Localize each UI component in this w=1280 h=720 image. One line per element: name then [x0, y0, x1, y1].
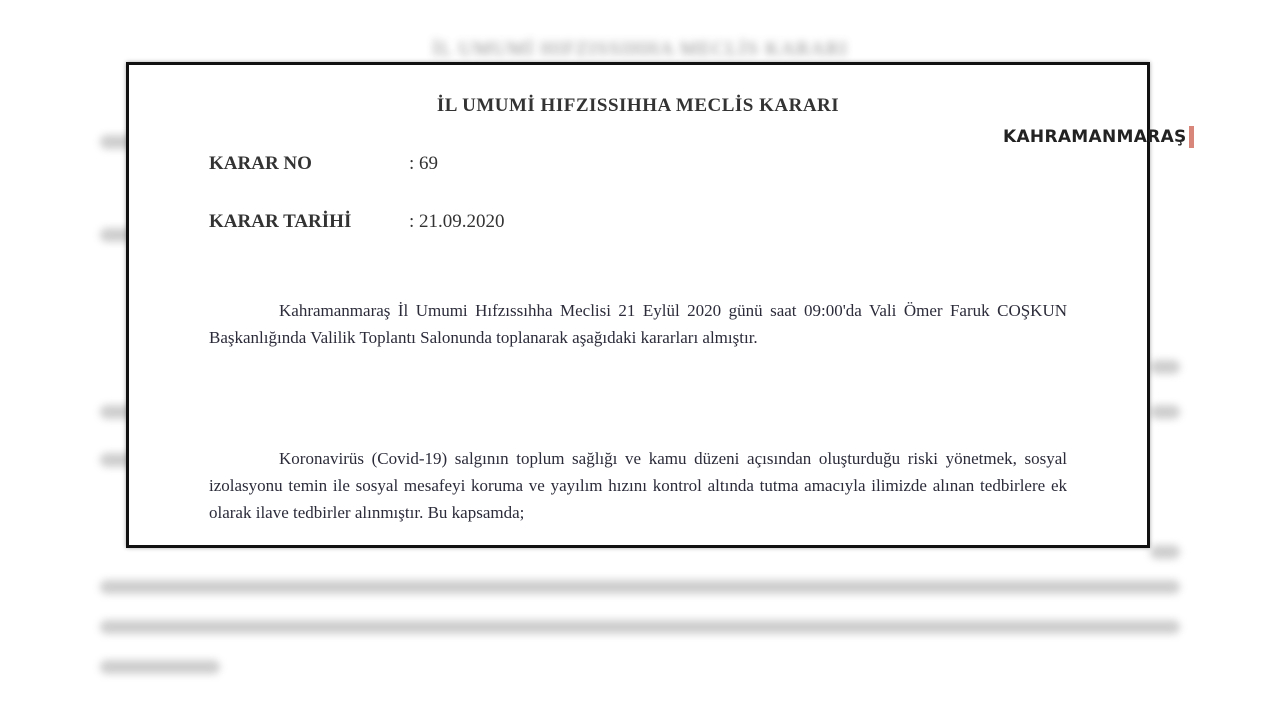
karar-tarihi-row: KARAR TARİHİ: 21.09.2020	[209, 211, 505, 233]
karar-no-label: KARAR NO	[209, 153, 409, 175]
karar-tarihi-value: : 21.09.2020	[409, 211, 505, 232]
document-title: İL UMUMİ HIFZISSIHHA MECLİS KARARI	[129, 95, 1147, 117]
paragraph-2: Koronavirüs (Covid-19) salgının toplum s…	[209, 445, 1067, 526]
brand-accent-bar	[1189, 126, 1194, 148]
karar-no-value: : 69	[409, 153, 438, 174]
background-title: İL UMUMİ HIFZISSIHHA MECLİS KARARI	[0, 38, 1280, 61]
brand-text: KAHRAMANMARAŞ	[1003, 127, 1187, 147]
brand-watermark: KAHRAMANMARAŞ	[1003, 126, 1194, 148]
paragraph-1: Kahramanmaraş İl Umumi Hıfzıssıhha Mecli…	[209, 297, 1067, 351]
karar-tarihi-label: KARAR TARİHİ	[209, 211, 409, 233]
document-excerpt-card: İL UMUMİ HIFZISSIHHA MECLİS KARARI KARAR…	[126, 62, 1150, 548]
karar-no-row: KARAR NO: 69	[209, 153, 438, 175]
